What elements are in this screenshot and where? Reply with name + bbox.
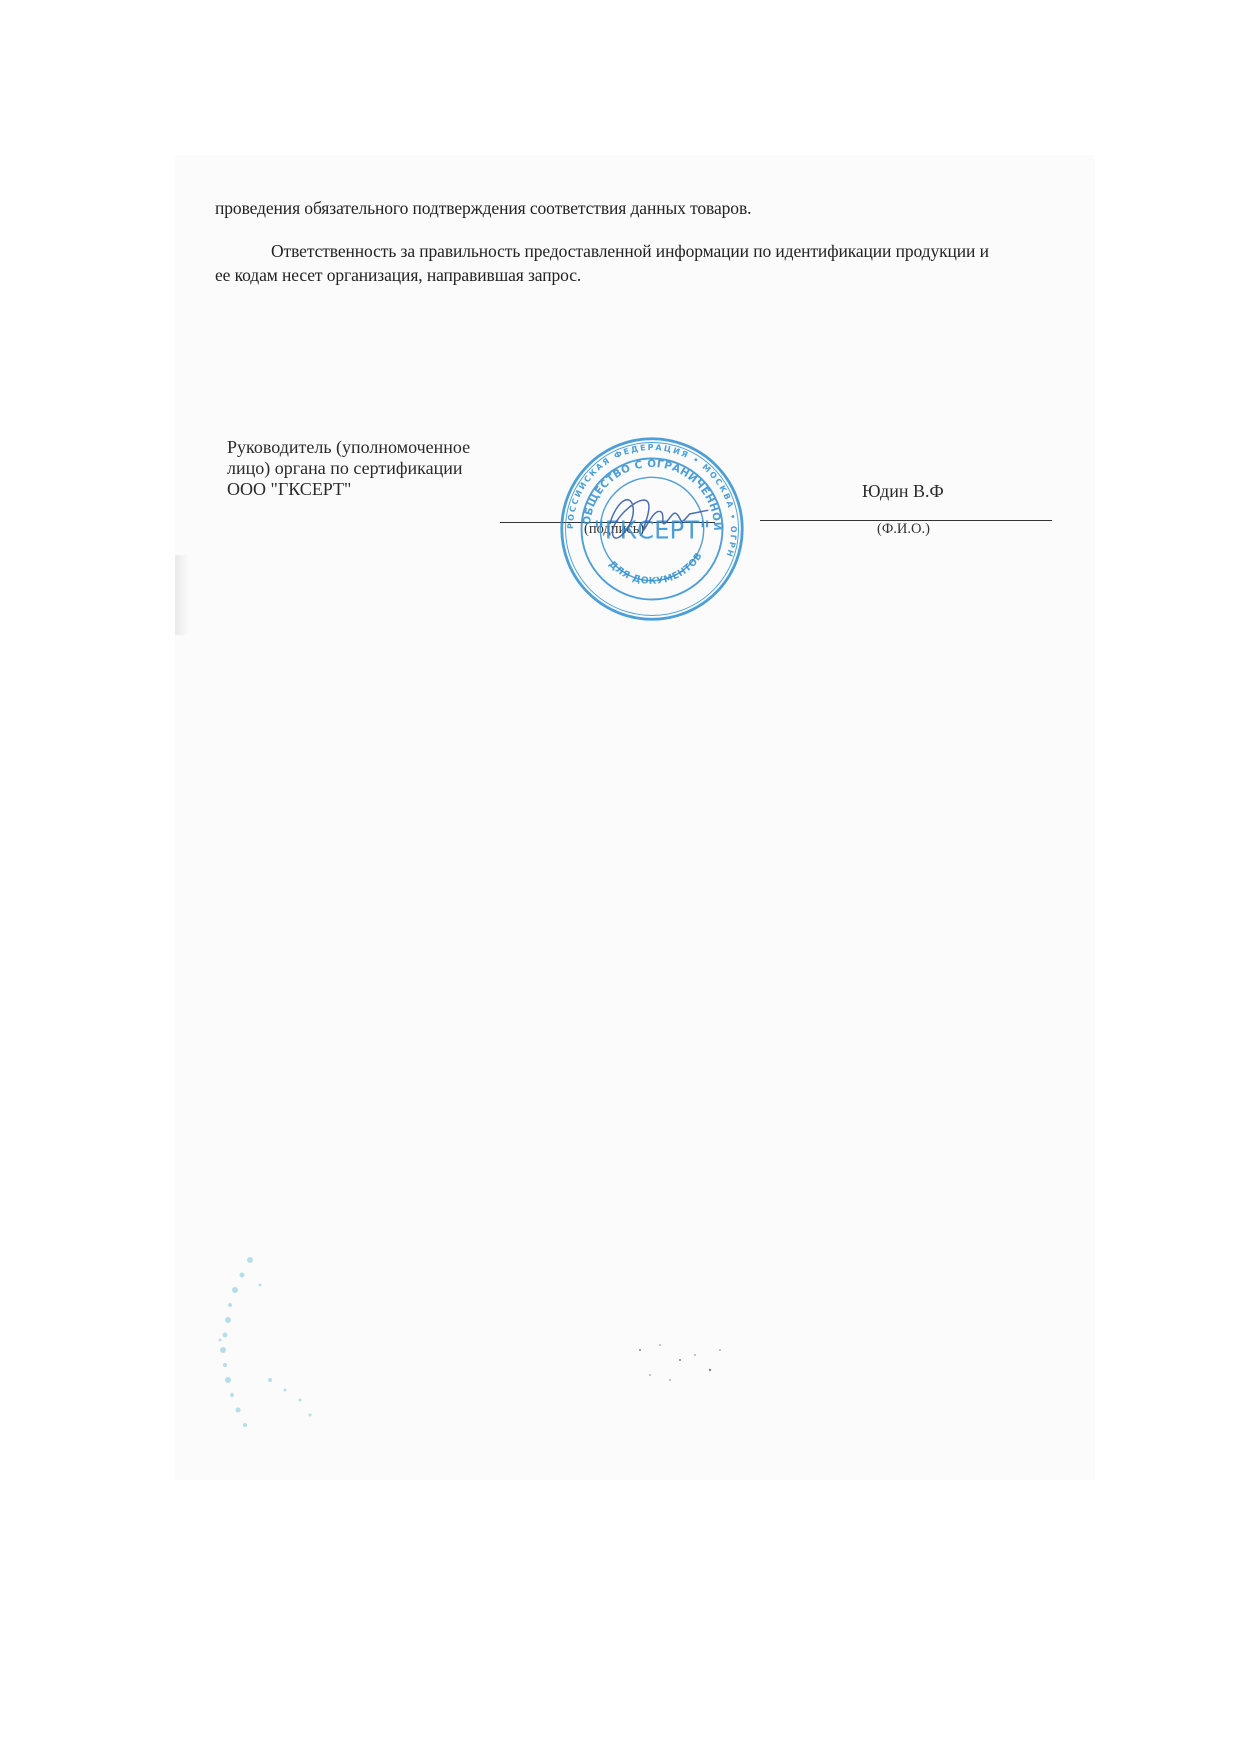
scan-artifact-stamp-bleed [190, 1240, 430, 1480]
signer-title-line-1: Руководитель (уполномоченное [227, 437, 470, 458]
signer-title-line-3: ООО "ГКСЕРТ" [227, 479, 470, 500]
name-caption: (Ф.И.О.) [877, 521, 930, 538]
signer-title-line-2: лицо) органа по сертификации [227, 458, 470, 479]
svg-text:ДЛЯ ДОКУМЕНТОВ: ДЛЯ ДОКУМЕНТОВ [606, 551, 705, 587]
responsibility-statement-line-1: Ответственность за правильность предоста… [271, 240, 989, 262]
stamp-bottom-text: ДЛЯ ДОКУМЕНТОВ [606, 551, 705, 587]
signer-name: Юдин В.Ф [862, 481, 944, 502]
signer-title: Руководитель (уполномоченное лицо) орган… [227, 437, 470, 500]
paragraph-continuation: проведения обязательного подтверждения с… [215, 197, 751, 219]
responsibility-statement-line-2: ее кодам несет организация, направившая … [215, 264, 581, 286]
company-stamp: РОССИЙСКАЯ ФЕДЕРАЦИЯ • МОСКВА • ОГРН ОБЩ… [558, 435, 746, 623]
scan-artifact-dots [600, 1320, 800, 1420]
